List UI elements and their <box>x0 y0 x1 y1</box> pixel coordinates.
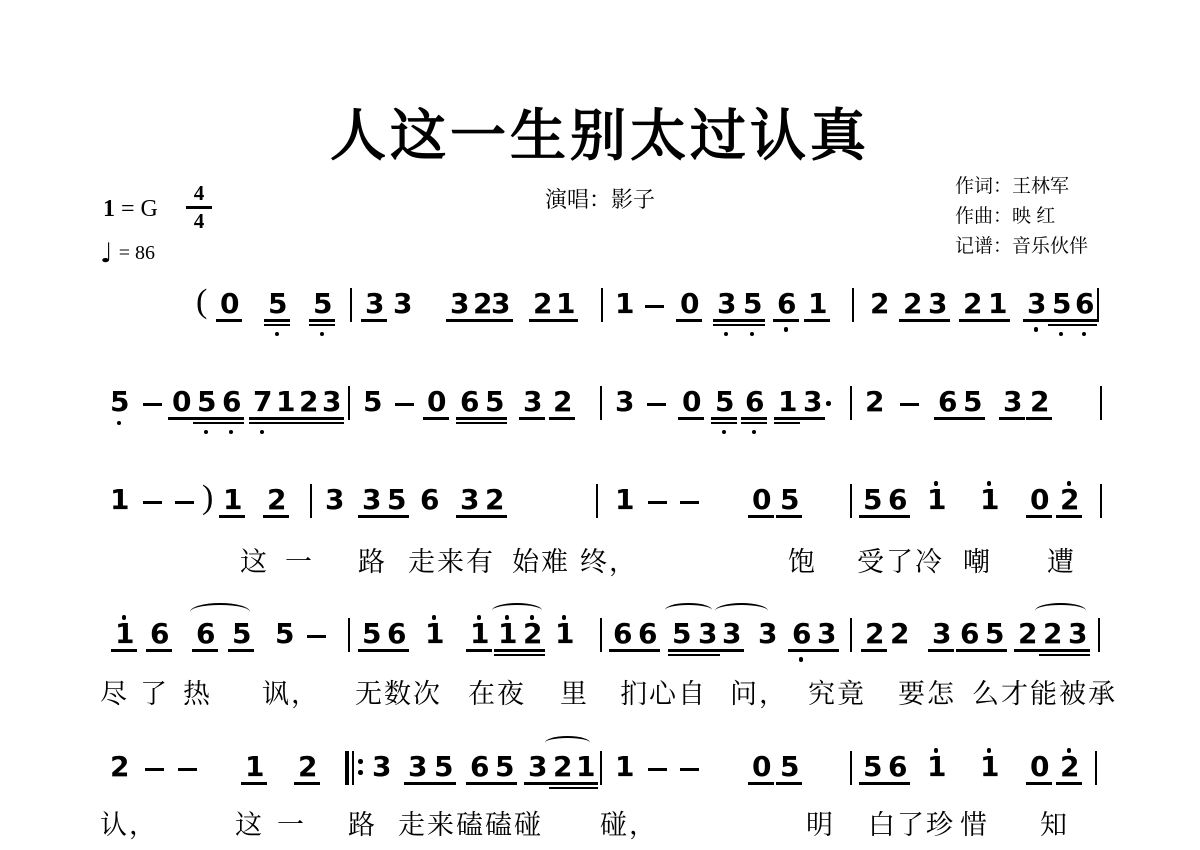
rest-note: 0 <box>1030 753 1049 781</box>
note: 7 <box>253 388 272 416</box>
augmentation-dot <box>826 401 831 406</box>
note: 6 <box>960 620 979 648</box>
duration-underline <box>318 417 344 420</box>
duration-underline <box>804 319 830 322</box>
lyric-seg: 扪心自 <box>620 672 707 711</box>
duration-underline <box>264 324 290 327</box>
lyric-seg: 明 <box>806 803 835 842</box>
octave-dot-low <box>1082 332 1087 337</box>
duration-underline <box>739 319 765 322</box>
note: 3 <box>698 620 717 648</box>
duration-underline <box>711 417 737 420</box>
repeat-sign-thin-bar <box>352 751 354 785</box>
transcriber-credit: 记谱：音乐伙伴 <box>955 232 1088 262</box>
lyric-seg: 一 <box>285 540 314 579</box>
time-denominator: 4 <box>186 210 212 233</box>
lyric-seg: 究竟 <box>808 672 866 711</box>
note: 6 <box>470 753 489 781</box>
note: 3 <box>1003 388 1022 416</box>
duration-underline <box>773 319 799 322</box>
duration-underline <box>309 324 335 327</box>
note: 5 <box>985 620 1004 648</box>
duration-underline <box>748 782 774 785</box>
duration-underline <box>924 319 950 322</box>
duration-underline <box>494 649 520 652</box>
note: 3 <box>722 620 741 648</box>
octave-dot-low <box>275 332 280 337</box>
composer-credit: 作曲：映 红 <box>955 202 1088 232</box>
dash-note <box>648 768 667 771</box>
duration-underline <box>776 515 802 518</box>
note: 2 <box>1018 620 1037 648</box>
barline <box>601 288 603 322</box>
song-title: 人这一生别太过认真 <box>0 92 1200 172</box>
lyric-seg: 始难 <box>512 540 570 579</box>
duration-underline <box>711 422 737 425</box>
note: 3 <box>325 486 344 514</box>
duration-underline <box>524 782 550 785</box>
note: 1 <box>615 486 634 514</box>
dash-note <box>680 768 699 771</box>
duration-underline <box>456 515 482 518</box>
note: 5 <box>485 388 504 416</box>
note: 3 <box>528 753 547 781</box>
note: 3 <box>408 753 427 781</box>
note: 5 <box>275 620 294 648</box>
duration-underline <box>788 649 814 652</box>
note: 1 <box>927 753 946 781</box>
rest-note: 0 <box>752 486 771 514</box>
note: 2 <box>533 290 552 318</box>
duration-underline <box>1056 782 1082 785</box>
duration-underline <box>216 319 242 322</box>
note: 2 <box>1043 620 1062 648</box>
dash-note <box>307 635 326 638</box>
note: 6 <box>460 388 479 416</box>
rest-note: 0 <box>682 388 701 416</box>
duration-underline <box>168 417 194 420</box>
barline <box>600 386 602 420</box>
duration-underline <box>668 654 694 657</box>
note: 2 <box>1060 486 1079 514</box>
duration-underline <box>1026 417 1052 420</box>
note: 3 <box>362 486 381 514</box>
duration-underline <box>776 782 802 785</box>
lyric-seg: 在夜 <box>468 672 526 711</box>
barline <box>1097 288 1099 322</box>
octave-dot-high <box>562 615 567 620</box>
duration-underline <box>884 782 910 785</box>
note: 5 <box>715 388 734 416</box>
lyric-seg: 受了冷 <box>857 540 944 579</box>
lyric-seg: 热 <box>183 672 212 711</box>
time-numerator: 4 <box>186 182 212 205</box>
lyric-seg: 知 <box>1040 803 1069 842</box>
duration-underline <box>713 319 739 322</box>
slur-arc <box>545 736 590 752</box>
octave-dot-low <box>722 430 727 435</box>
note: 6 <box>745 388 764 416</box>
note: 5 <box>672 620 691 648</box>
note: 1 <box>470 620 489 648</box>
duration-underline <box>404 782 430 785</box>
note: 6 <box>888 753 907 781</box>
note: 6 <box>196 620 215 648</box>
note: 2 <box>267 486 286 514</box>
duration-underline <box>718 649 744 652</box>
duration-underline <box>309 319 335 322</box>
note: 1 <box>927 486 946 514</box>
lyric-seg: 路 <box>358 540 387 579</box>
duration-underline <box>552 319 578 322</box>
note: 5 <box>363 388 382 416</box>
dash-note <box>145 768 164 771</box>
duration-underline <box>1014 649 1040 652</box>
note: 6 <box>638 620 657 648</box>
duration-underline <box>861 649 887 652</box>
note: 5 <box>743 290 762 318</box>
dash-note <box>143 403 162 406</box>
note: 3 <box>758 620 777 648</box>
duration-underline <box>799 417 825 420</box>
duration-underline <box>934 417 960 420</box>
note: 2 <box>865 388 884 416</box>
barline <box>1100 386 1102 420</box>
key-equals: = <box>121 196 135 222</box>
note: 1 <box>988 290 1007 318</box>
note: 3 <box>523 388 542 416</box>
note: 5 <box>110 388 129 416</box>
octave-dot-high <box>987 481 992 486</box>
lyric-seg: 一 <box>277 803 306 842</box>
duration-underline <box>487 319 513 322</box>
octave-dot-high <box>1067 481 1072 486</box>
note: 3 <box>717 290 736 318</box>
duration-underline <box>899 319 925 322</box>
note: 5 <box>780 753 799 781</box>
duration-underline <box>519 649 545 652</box>
lyric-seg: 白了珍 <box>868 803 955 842</box>
duration-underline <box>358 515 384 518</box>
barline <box>600 751 602 785</box>
time-signature: 4 4 <box>186 182 212 233</box>
note: 2 <box>890 620 909 648</box>
note: 5 <box>780 486 799 514</box>
note: 5 <box>1052 290 1071 318</box>
rest-note: 0 <box>680 290 699 318</box>
duration-underline <box>676 319 702 322</box>
octave-dot-high <box>477 615 482 620</box>
note: 6 <box>777 290 796 318</box>
rest-note: 0 <box>220 290 239 318</box>
note: 1 <box>615 290 634 318</box>
note: 5 <box>963 388 982 416</box>
note: 3 <box>491 290 510 318</box>
duration-underline <box>146 649 172 652</box>
barline <box>850 751 852 785</box>
note: 1 <box>808 290 827 318</box>
slur-arc <box>190 603 250 619</box>
octave-dot-low <box>117 421 122 426</box>
duration-underline <box>228 649 254 652</box>
octave-dot-high <box>1067 748 1072 753</box>
duration-underline <box>481 417 507 420</box>
note: 3 <box>817 620 836 648</box>
octave-dot-high <box>432 615 437 620</box>
slur-arc <box>1035 603 1086 619</box>
lyricist-credit: 作词：王林军 <box>955 172 1088 202</box>
note: 1 <box>576 753 595 781</box>
duration-underline <box>959 417 985 420</box>
duration-underline <box>361 319 387 322</box>
key-signature: 1 = G <box>103 196 158 223</box>
duration-underline <box>218 422 244 425</box>
duration-underline <box>748 515 774 518</box>
duration-underline <box>466 782 492 785</box>
note: 1 <box>556 290 575 318</box>
note: 6 <box>387 620 406 648</box>
duration-underline <box>956 649 982 652</box>
duration-underline <box>383 515 409 518</box>
dash-note <box>680 501 699 504</box>
duration-underline <box>1056 515 1082 518</box>
duration-underline <box>218 417 244 420</box>
note: 3 <box>932 620 951 648</box>
duration-underline <box>741 417 767 420</box>
lyric-seg: 么才能被承 <box>972 672 1117 711</box>
duration-underline <box>572 787 598 790</box>
note: 1 <box>245 753 264 781</box>
octave-dot-low <box>320 332 325 337</box>
lyric-seg: 这 <box>235 803 264 842</box>
octave-dot-low <box>204 430 209 435</box>
tempo-marking: ♩= 86 <box>100 238 155 269</box>
note: 2 <box>485 486 504 514</box>
barline <box>1095 751 1097 785</box>
duration-underline <box>774 417 800 420</box>
barline <box>1100 484 1102 518</box>
octave-dot-low <box>724 332 729 337</box>
note: 2 <box>1060 753 1079 781</box>
lyric-seg: 里 <box>560 672 589 711</box>
barline <box>350 288 352 322</box>
note: 5 <box>863 486 882 514</box>
rest-note: 0 <box>427 388 446 416</box>
note: 5 <box>362 620 381 648</box>
duration-underline <box>430 782 456 785</box>
barline <box>850 386 852 420</box>
note: 2 <box>553 753 572 781</box>
note: 3 <box>1068 620 1087 648</box>
duration-underline <box>1071 319 1097 322</box>
duration-underline <box>1026 515 1052 518</box>
note: 5 <box>313 290 332 318</box>
octave-dot-high <box>122 615 127 620</box>
barline <box>310 484 312 518</box>
note: 6 <box>613 620 632 648</box>
duration-underline <box>609 649 635 652</box>
duration-underline <box>1064 654 1090 657</box>
note: 2 <box>298 753 317 781</box>
duration-underline <box>294 782 320 785</box>
duration-underline <box>981 649 1007 652</box>
duration-underline <box>928 649 954 652</box>
duration-underline <box>318 422 344 425</box>
lyric-seg: 这 <box>240 540 269 579</box>
duration-underline <box>959 319 985 322</box>
lyric-seg: 要怎 <box>898 672 956 711</box>
duration-underline <box>634 649 660 652</box>
note: 5 <box>232 620 251 648</box>
duration-underline <box>984 319 1010 322</box>
barline <box>600 618 602 652</box>
barline <box>852 288 854 322</box>
duration-underline <box>111 649 137 652</box>
note: 1 <box>425 620 444 648</box>
note: 1 <box>778 388 797 416</box>
note: 5 <box>863 753 882 781</box>
note: 3 <box>615 388 634 416</box>
lyric-seg: 讽， <box>262 672 320 711</box>
octave-dot-low <box>260 430 265 435</box>
lyric-seg: 尽 <box>100 672 129 711</box>
duration-underline <box>739 324 765 327</box>
duration-underline <box>1039 649 1065 652</box>
duration-underline <box>884 515 910 518</box>
note: 2 <box>299 388 318 416</box>
note: 3 <box>928 290 947 318</box>
dash-note <box>645 305 664 308</box>
note: 2 <box>523 620 542 648</box>
note: 6 <box>792 620 811 648</box>
lyric-seg: 走来磕磕碰 <box>398 803 543 842</box>
phrase-paren: ) <box>202 481 213 515</box>
note: 2 <box>110 753 129 781</box>
duration-underline <box>741 422 767 425</box>
lyric-seg: 碰， <box>600 803 658 842</box>
duration-underline <box>694 654 720 657</box>
duration-underline <box>1071 324 1097 327</box>
lyric-seg: 问， <box>730 672 788 711</box>
note: 5 <box>434 753 453 781</box>
octave-dot-low <box>750 332 755 337</box>
duration-underline <box>423 417 449 420</box>
octave-dot-low <box>1059 332 1064 337</box>
note: 3 <box>372 753 391 781</box>
note: 3 <box>1027 290 1046 318</box>
duration-underline <box>481 515 507 518</box>
note: 5 <box>495 753 514 781</box>
note: 1 <box>223 486 242 514</box>
lyric-seg: 了 <box>140 672 169 711</box>
repeat-sign-dot <box>358 759 363 764</box>
note: 5 <box>387 486 406 514</box>
note: 1 <box>615 753 634 781</box>
barline <box>348 386 350 420</box>
note: 6 <box>938 388 957 416</box>
barline <box>850 484 852 518</box>
barline <box>1098 618 1100 652</box>
note: 2 <box>1030 388 1049 416</box>
note: 3 <box>450 290 469 318</box>
dash-note <box>647 403 666 406</box>
duration-underline <box>263 515 289 518</box>
note: 1 <box>115 620 134 648</box>
duration-underline <box>358 649 384 652</box>
rest-note: 0 <box>1030 486 1049 514</box>
note: 3 <box>393 290 412 318</box>
quarter-note-icon: ♩ <box>100 238 113 269</box>
note: 3 <box>322 388 341 416</box>
lyric-seg: 遭 <box>1047 540 1076 579</box>
duration-underline <box>859 782 885 785</box>
lyric-seg: 惜 <box>960 803 989 842</box>
octave-dot-low <box>229 430 234 435</box>
duration-underline <box>456 422 482 425</box>
duration-underline <box>219 515 245 518</box>
duration-underline <box>572 782 598 785</box>
slur-arc <box>715 603 768 619</box>
duration-underline <box>1064 649 1090 652</box>
rest-note: 0 <box>172 388 191 416</box>
slur-arc <box>492 603 542 619</box>
note: 2 <box>870 290 889 318</box>
tempo-value: = 86 <box>119 242 155 264</box>
octave-dot-high <box>934 481 939 486</box>
phrase-paren: ( <box>196 285 207 319</box>
duration-underline <box>491 782 517 785</box>
duration-underline <box>264 319 290 322</box>
note: 5 <box>197 388 216 416</box>
duration-underline <box>466 649 492 652</box>
note: 3 <box>803 388 822 416</box>
duration-underline <box>519 654 545 657</box>
duration-underline <box>494 654 520 657</box>
note: 1 <box>980 486 999 514</box>
octave-dot-high <box>987 748 992 753</box>
duration-underline <box>713 324 739 327</box>
dash-note <box>143 501 162 504</box>
rest-note: 0 <box>752 753 771 781</box>
duration-underline <box>774 422 800 425</box>
note: 1 <box>498 620 517 648</box>
duration-underline <box>383 649 409 652</box>
note: 2 <box>553 388 572 416</box>
dash-note <box>175 501 194 504</box>
lyric-seg: 走来有 <box>408 540 495 579</box>
key-tonic: 1 <box>103 196 115 222</box>
dash-note <box>178 768 197 771</box>
lyric-seg: 路 <box>348 803 377 842</box>
octave-dot-low <box>752 430 757 435</box>
note: 2 <box>963 290 982 318</box>
duration-underline <box>456 417 482 420</box>
duration-underline <box>678 417 704 420</box>
key-value: G <box>141 196 158 222</box>
sheet-music-page: 人这一生别太过认真 演唱：影子 作词：王林军 作曲：映 红 记谱：音乐伙伴 1 … <box>0 0 1200 850</box>
barline <box>596 484 598 518</box>
dash-note <box>648 501 667 504</box>
dash-note <box>395 403 414 406</box>
duration-underline <box>519 417 545 420</box>
note: 1 <box>980 753 999 781</box>
duration-underline <box>192 649 218 652</box>
note: 3 <box>365 290 384 318</box>
octave-dot-low <box>1034 327 1039 332</box>
note: 6 <box>888 486 907 514</box>
duration-underline <box>668 649 694 652</box>
note: 6 <box>150 620 169 648</box>
